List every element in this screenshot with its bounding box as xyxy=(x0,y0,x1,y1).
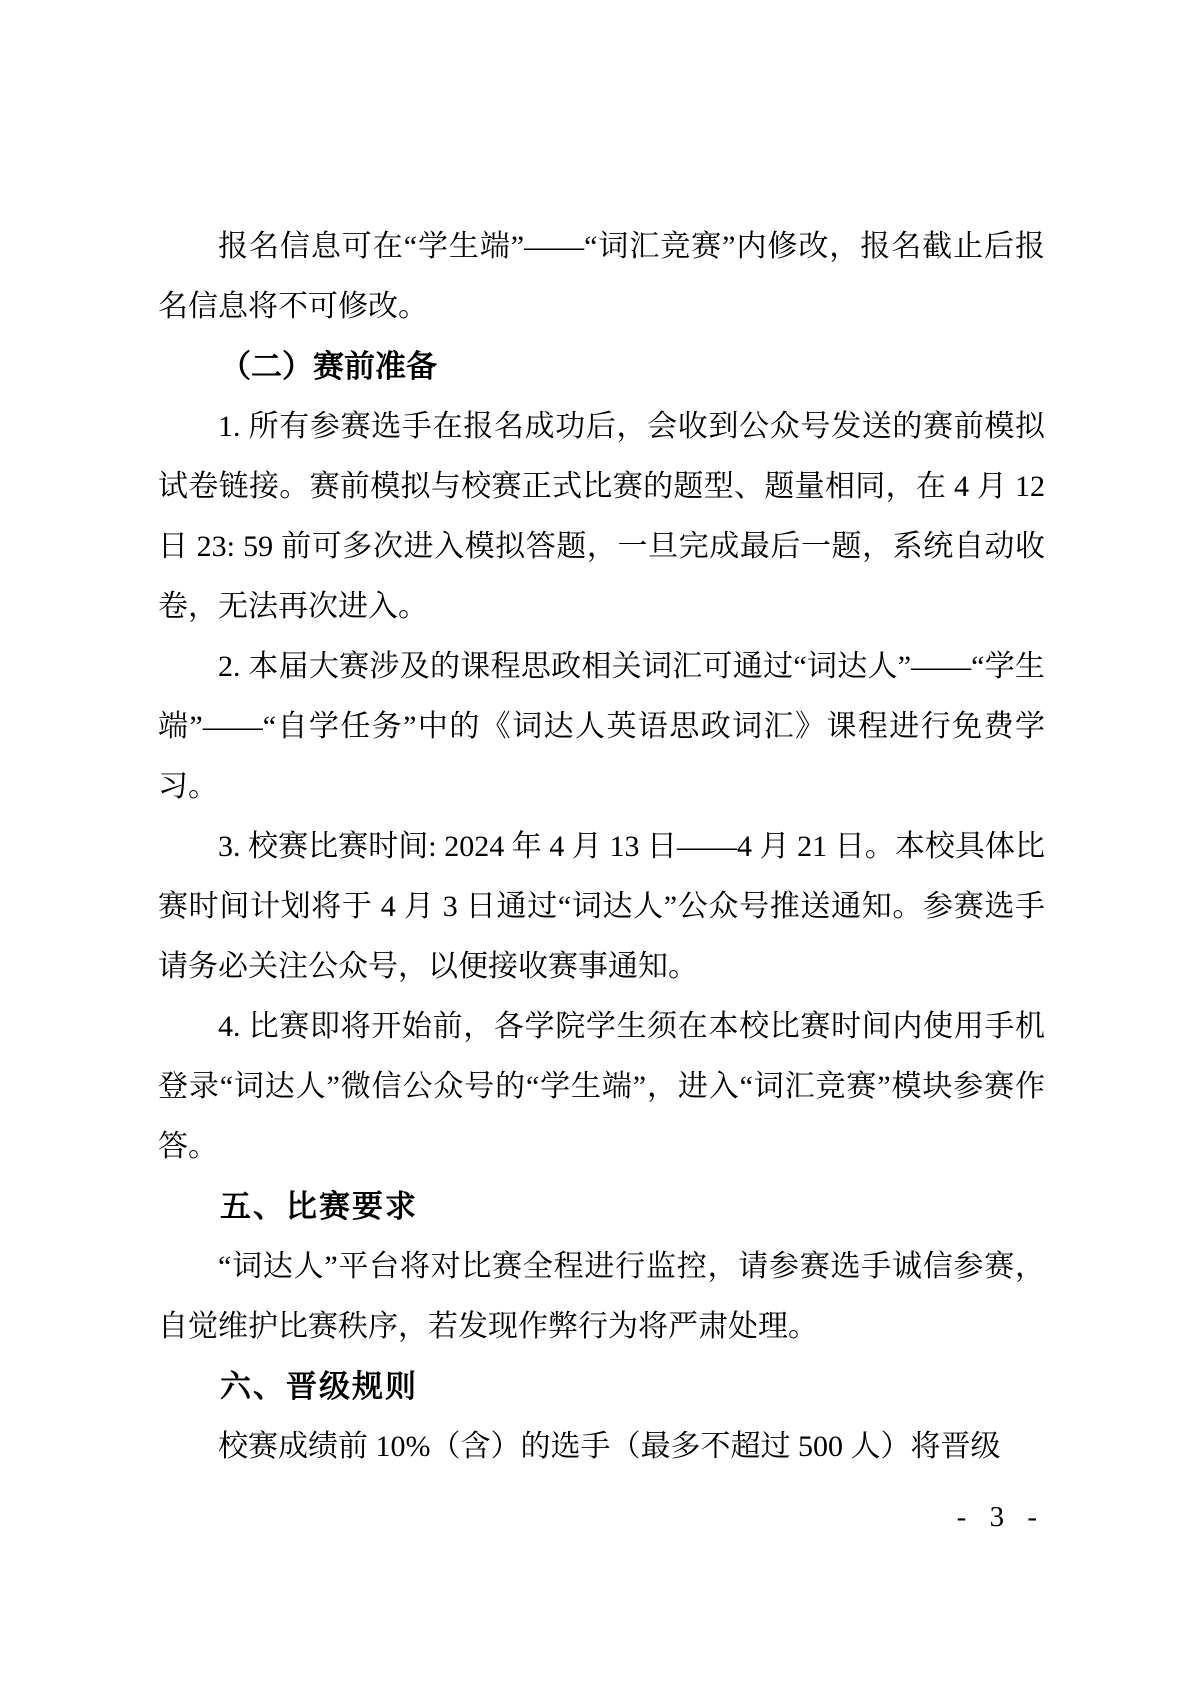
paragraph-registration-edit: 报名信息可在“学生端”——“词汇竞赛”内修改，报名截止后报名信息将不可修改。 xyxy=(158,217,1045,337)
paragraph-vocab-free-learning: 2. 本届大赛涉及的课程思政相关词汇可通过“词达人”——“学生端”——“自学任务… xyxy=(158,637,1045,817)
page-number: - 3 - xyxy=(957,1497,1045,1537)
heading-competition-requirements: 五、比赛要求 xyxy=(158,1177,1045,1237)
paragraph-competition-entry: 4. 比赛即将开始前，各学院学生须在本校比赛时间内使用手机登录“词达人”微信公众… xyxy=(158,997,1045,1177)
paragraph-competition-schedule: 3. 校赛比赛时间: 2024 年 4 月 13 日——4 月 21 日。本校具… xyxy=(158,817,1045,997)
paragraph-monitoring-integrity: “词达人”平台将对比赛全程进行监控，请参赛选手诚信参赛，自觉维护比赛秩序，若发现… xyxy=(158,1237,1045,1357)
document-page: 报名信息可在“学生端”——“词汇竞赛”内修改，报名截止后报名信息将不可修改。 （… xyxy=(0,0,1191,1684)
heading-promotion-rules: 六、晋级规则 xyxy=(158,1357,1045,1417)
document-body: 报名信息可在“学生端”——“词汇竞赛”内修改，报名截止后报名信息将不可修改。 （… xyxy=(158,217,1045,1477)
paragraph-mock-test-link: 1. 所有参赛选手在报名成功后，会收到公众号发送的赛前模拟试卷链接。赛前模拟与校… xyxy=(158,397,1045,637)
heading-pre-competition-preparation: （二）赛前准备 xyxy=(158,337,1045,397)
paragraph-promotion-criteria: 校赛成绩前 10%（含）的选手（最多不超过 500 人）将晋级 xyxy=(158,1417,1045,1477)
